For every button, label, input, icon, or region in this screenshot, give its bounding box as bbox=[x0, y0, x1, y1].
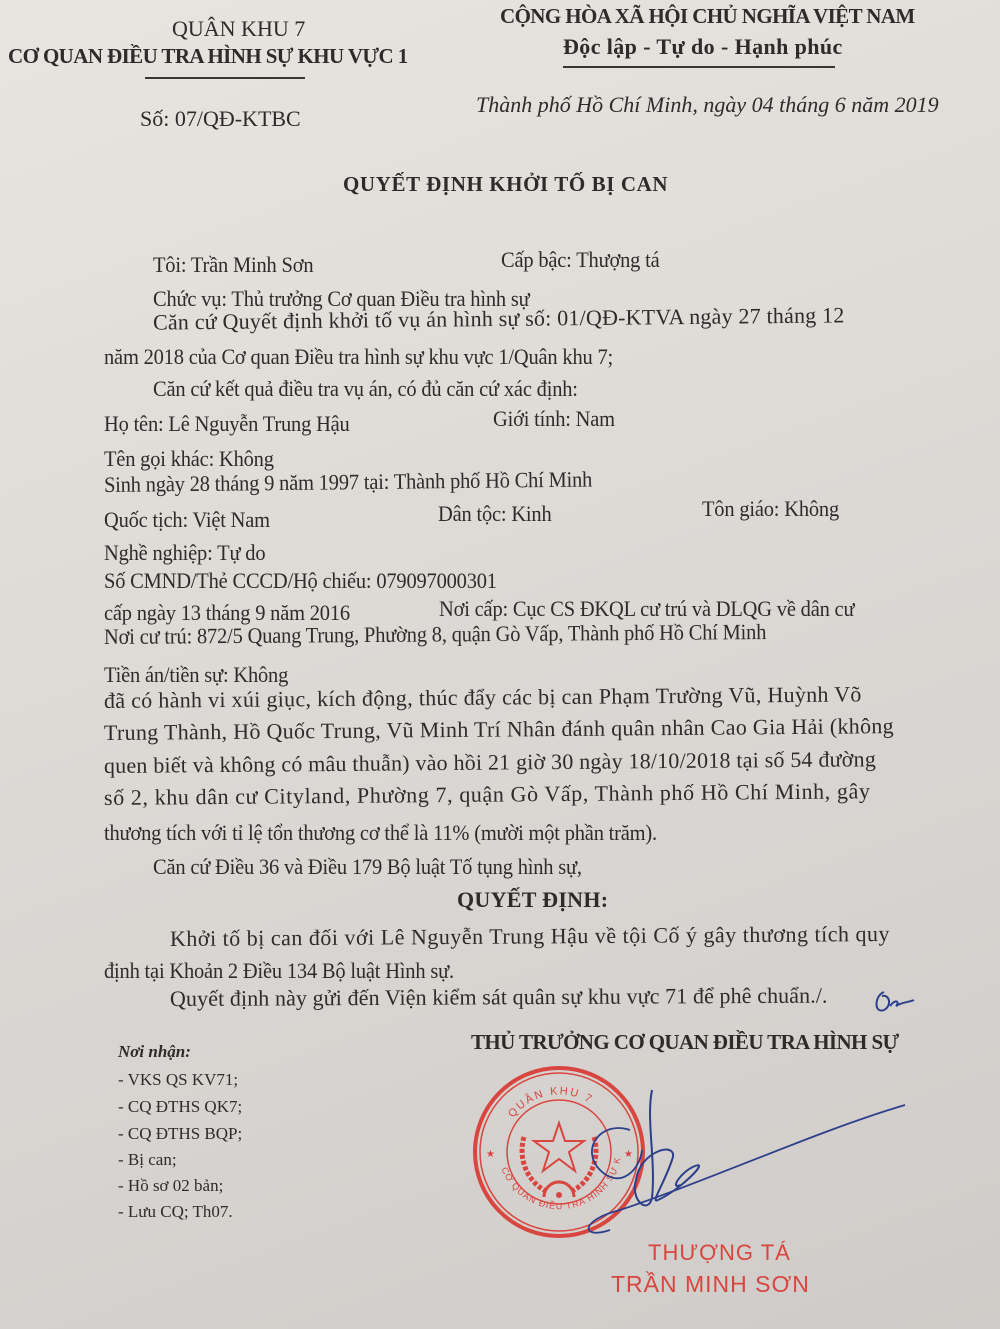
suspect-full-name: Họ tên: Lê Nguyễn Trung Hậu bbox=[104, 411, 350, 437]
recipient-item: - Bị can; bbox=[118, 1150, 177, 1170]
investigator-name: Tôi: Trần Minh Sơn bbox=[153, 252, 313, 278]
signature-icon bbox=[560, 1080, 920, 1240]
header-military-region: QUÂN KHU 7 bbox=[172, 16, 305, 42]
suspect-ethnicity: Dân tộc: Kinh bbox=[438, 501, 552, 527]
suspect-criminal-record: Tiền án/tiền sự: Không bbox=[104, 662, 288, 688]
suspect-residence: Nơi cư trú: 872/5 Quang Trung, Phường 8,… bbox=[104, 619, 766, 650]
suspect-nationality: Quốc tịch: Việt Nam bbox=[104, 507, 270, 533]
document-number: Số: 07/QĐ-KTBC bbox=[140, 106, 301, 132]
svg-text:★: ★ bbox=[486, 1149, 495, 1160]
decision-line-3: Quyết định này gửi đến Viện kiểm sát quâ… bbox=[170, 983, 828, 1012]
recipient-item: - Lưu CQ; Th07. bbox=[118, 1202, 233, 1222]
suspect-gender: Giới tính: Nam bbox=[493, 406, 615, 432]
decision-line-1: Khởi tố bị can đối với Lê Nguyễn Trung H… bbox=[170, 921, 890, 952]
investigator-rank: Cấp bậc: Thượng tá bbox=[501, 247, 660, 273]
suspect-occupation: Nghề nghiệp: Tự do bbox=[104, 540, 265, 566]
recipient-item: - Hồ sơ 02 bản; bbox=[118, 1176, 223, 1196]
facts-line-1: đã có hành vi xúi giục, kích động, thúc … bbox=[104, 681, 862, 714]
basis-case-decision-2: năm 2018 của Cơ quan Điều tra hình sự kh… bbox=[104, 344, 613, 370]
id-issue-place: Nơi cấp: Cục CS ĐKQL cư trú và DLQG về d… bbox=[439, 596, 854, 622]
suspect-religion: Tôn giáo: Không bbox=[702, 496, 839, 522]
signatory-name: TRẦN MINH SƠN bbox=[611, 1271, 810, 1298]
suspect-id-number: Số CMND/Thẻ CCCD/Hộ chiếu: 079097000301 bbox=[104, 568, 497, 594]
recipients-heading: Nơi nhận: bbox=[118, 1042, 191, 1062]
national-title: CỘNG HÒA XÃ HỘI CHỦ NGHĨA VIỆT NAM bbox=[500, 4, 915, 29]
signatory-title: THỦ TRƯỞNG CƠ QUAN ĐIỀU TRA HÌNH SỰ bbox=[471, 1030, 899, 1055]
suspect-birth: Sinh ngày 28 tháng 9 năm 1997 tại: Thành… bbox=[104, 467, 592, 498]
place-and-date: Thành phố Hồ Chí Minh, ngày 04 tháng 6 n… bbox=[476, 92, 939, 118]
header-agency-name: CƠ QUAN ĐIỀU TRA HÌNH SỰ KHU VỰC 1 bbox=[8, 44, 408, 69]
facts-line-2: Trung Thành, Hồ Quốc Trung, Vũ Minh Trí … bbox=[104, 713, 894, 746]
signatory-rank: THƯỢNG TÁ bbox=[648, 1240, 791, 1266]
national-motto: Độc lập - Tự do - Hạnh phúc bbox=[563, 34, 843, 60]
recipient-item: - VKS QS KV71; bbox=[118, 1070, 238, 1090]
facts-line-5: thương tích với tỉ lệ tổn thương cơ thể … bbox=[104, 820, 657, 846]
initials-mark-icon bbox=[870, 988, 920, 1018]
motto-underline bbox=[563, 66, 835, 68]
decision-line-2: định tại Khoản 2 Điều 134 Bộ luật Hình s… bbox=[104, 958, 454, 984]
facts-line-4: số 2, khu dân cư Cityland, Phường 7, quậ… bbox=[104, 778, 871, 811]
legal-basis: Căn cứ Điều 36 và Điều 179 Bộ luật Tố tụ… bbox=[153, 854, 582, 880]
basis-investigation: Căn cứ kết quả điều tra vụ án, có đủ căn… bbox=[153, 376, 578, 402]
facts-line-3: quen biết và không có mâu thuẫn) vào hồi… bbox=[104, 746, 876, 779]
document-title: QUYẾT ĐỊNH KHỞI TỐ BỊ CAN bbox=[343, 172, 668, 197]
agency-underline bbox=[145, 77, 305, 79]
suspect-alias: Tên gọi khác: Không bbox=[104, 446, 274, 472]
recipient-item: - CQ ĐTHS BQP; bbox=[118, 1124, 242, 1144]
decision-heading: QUYẾT ĐỊNH: bbox=[457, 887, 608, 913]
recipient-item: - CQ ĐTHS QK7; bbox=[118, 1097, 242, 1117]
